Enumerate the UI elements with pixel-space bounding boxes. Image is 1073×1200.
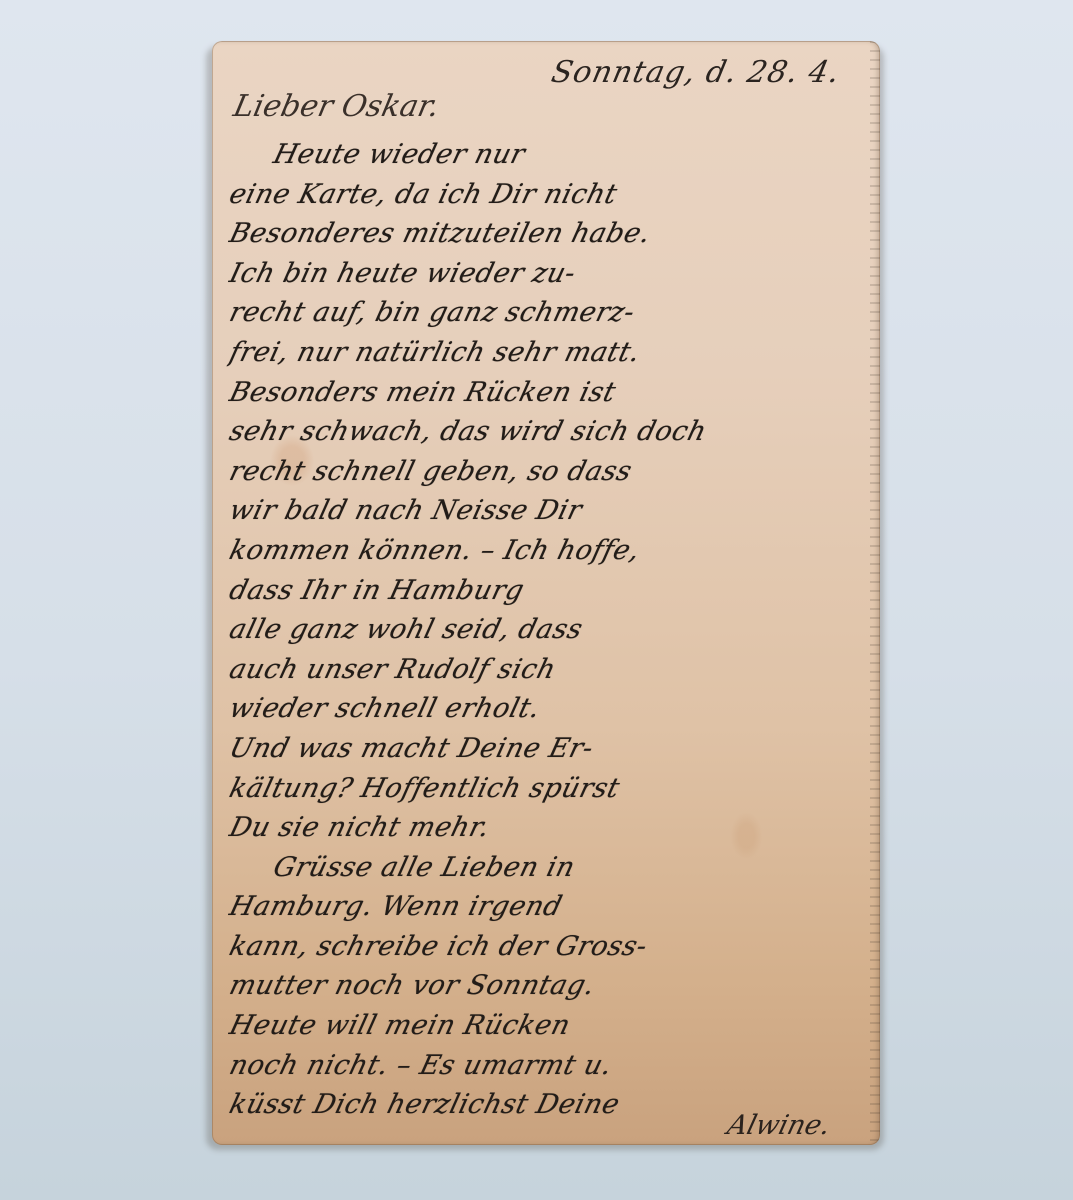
handwritten-line: wieder schnell erholt. (225, 689, 871, 729)
handwritten-line: kommen können. – Ich hoffe, (225, 531, 871, 571)
postcard-signature: Alwine. (724, 1110, 834, 1141)
postcard-date: Sonntag, d. 28. 4. (549, 55, 844, 90)
handwritten-line: Heute will mein Rücken (225, 1006, 871, 1046)
handwritten-line: Besonderes mitzuteilen habe. (225, 214, 871, 254)
handwritten-line: eine Karte, da ich Dir nicht (225, 175, 871, 215)
handwritten-line: recht schnell geben, so dass (225, 452, 871, 492)
handwritten-line: Grüsse alle Lieben in (225, 848, 871, 888)
handwritten-line: Heute wieder nur (225, 135, 871, 175)
handwritten-line: auch unser Rudolf sich (225, 650, 871, 690)
handwritten-body: Heute wieder nur eine Karte, da ich Dir … (230, 135, 866, 1125)
handwritten-line: Besonders mein Rücken ist (225, 373, 871, 413)
postcard-salutation: Lieber Oskar. (230, 89, 442, 124)
handwritten-line: kann, schreibe ich der Gross- (225, 927, 871, 967)
handwritten-line: Hamburg. Wenn irgend (225, 887, 871, 927)
handwritten-line: wir bald nach Neisse Dir (225, 491, 871, 531)
handwritten-line: noch nicht. – Es umarmt u. (225, 1046, 871, 1086)
handwritten-line: dass Ihr in Hamburg (225, 571, 871, 611)
handwritten-line: recht auf, bin ganz schmerz- (225, 293, 871, 333)
handwritten-line: sehr schwach, das wird sich doch (225, 412, 871, 452)
handwritten-line: Ich bin heute wieder zu- (225, 254, 871, 294)
handwritten-line: Und was macht Deine Er- (225, 729, 871, 769)
postcard: Sonntag, d. 28. 4. Lieber Oskar. Heute w… (212, 41, 880, 1145)
handwritten-line: mutter noch vor Sonntag. (225, 966, 871, 1006)
handwritten-line: kältung? Hoffentlich spürst (225, 769, 871, 809)
handwritten-line: frei, nur natürlich sehr matt. (225, 333, 871, 373)
handwritten-line: alle ganz wohl seid, dass (225, 610, 871, 650)
handwritten-line: Du sie nicht mehr. (225, 808, 871, 848)
